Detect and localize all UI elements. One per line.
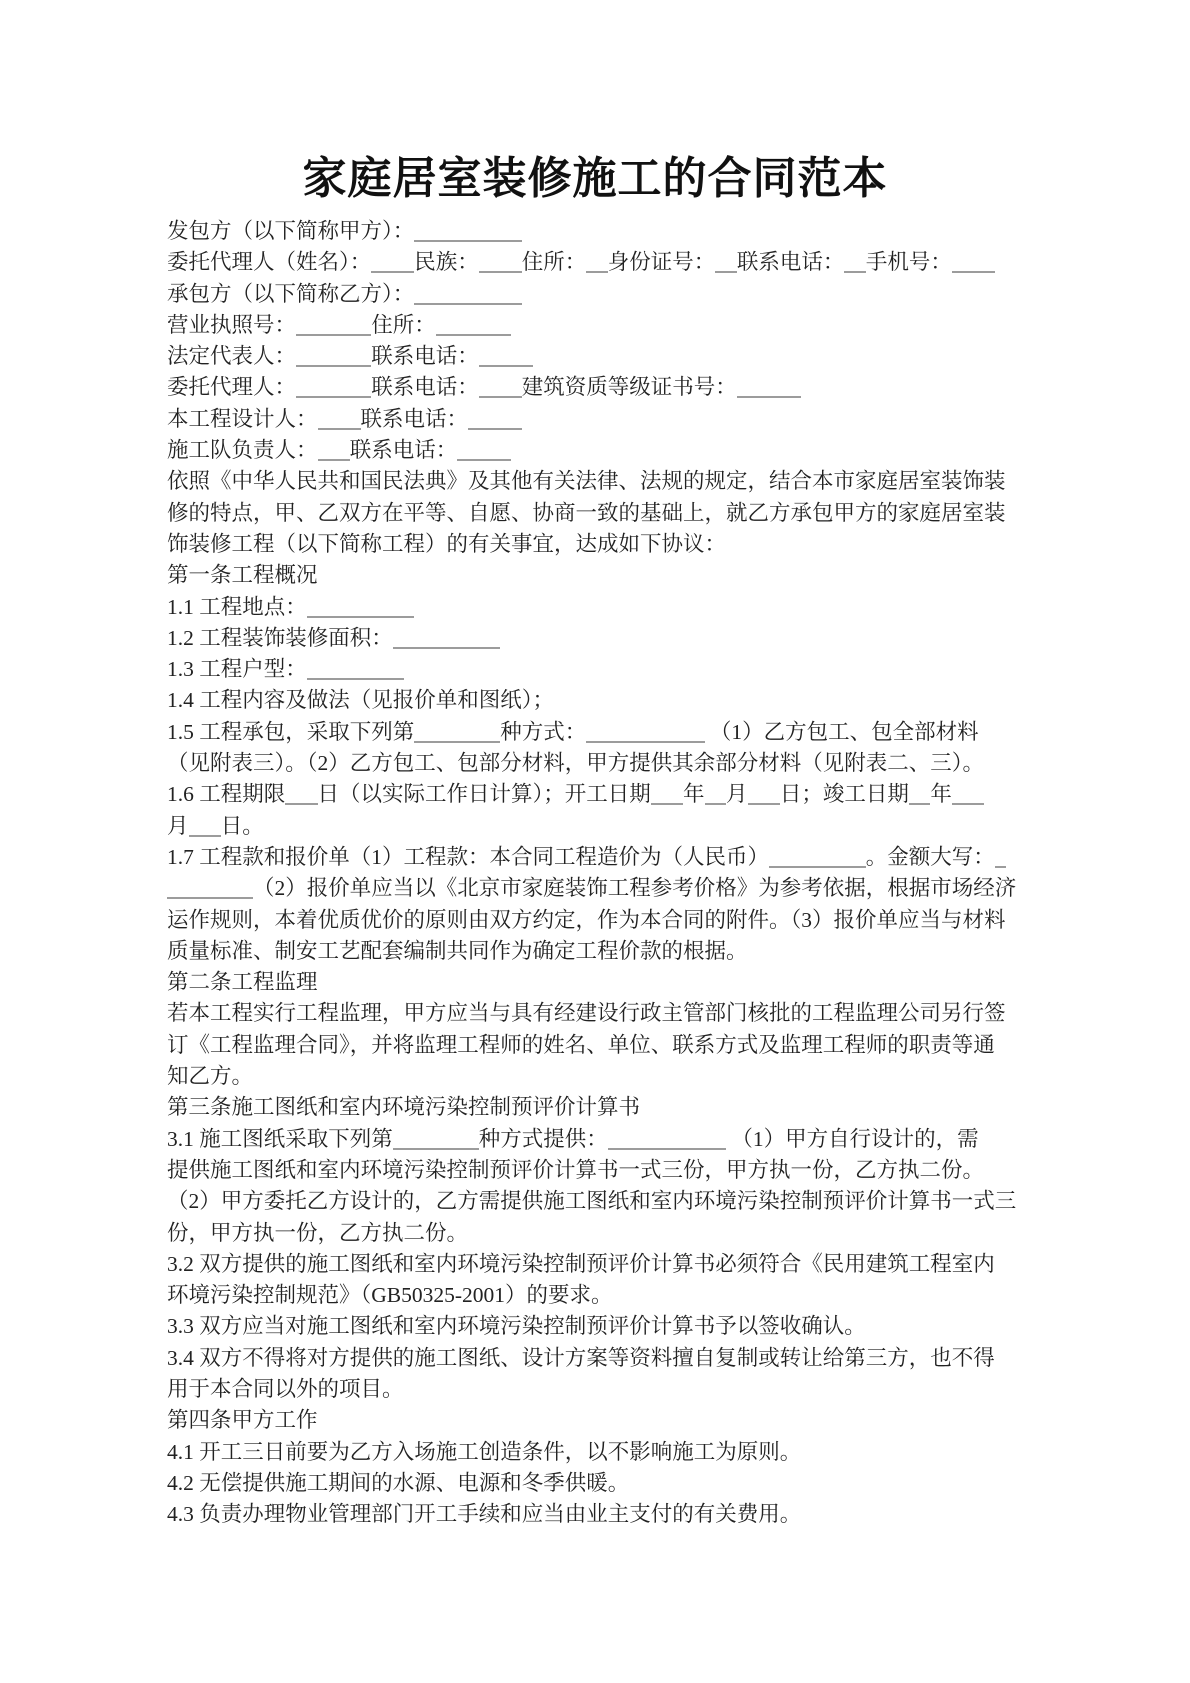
blank-field [737,384,802,398]
blank-field [651,791,683,805]
text-run: 1.5 工程承包，采取下列第 [167,720,414,744]
text-line: 3.4 双方不得将对方提供的施工图纸、设计方案等资料擅自复制或转让给第三方，也不… [167,1343,1043,1374]
text-run: 联系电话： [371,344,479,368]
blank-field [436,322,511,336]
text-run: 发包方（以下简称甲方）： [167,219,414,243]
blank-field [586,729,704,743]
text-line: 份，甲方执一份，乙方执二份。 [167,1218,1043,1249]
text-line: 知乙方。 [167,1061,1043,1092]
text-run: 日；竣工日期 [780,782,909,806]
text-run: 种方式提供： [479,1127,608,1151]
blank-field [296,322,371,336]
blank-field [909,791,931,805]
text-line: 提供施工图纸和室内环境污染控制预评价计算书一式三份，甲方执一份，乙方执二份。 [167,1155,1043,1186]
text-line: 订《工程监理合同》，并将监理工程师的姓名、单位、联系方式及监理工程师的职责等通 [167,1030,1043,1061]
text-run: 知乙方。 [167,1064,253,1088]
text-run: 用于本合同以外的项目。 [167,1377,404,1401]
text-line: 若本工程实行工程监理，甲方应当与具有经建设行政主管部门核批的工程监理公司另行签 [167,998,1043,1029]
text-run: 1.6 工程期限 [167,782,285,806]
text-run: 第三条施工图纸和室内环境污染控制预评价计算书 [167,1095,640,1119]
blank-field [393,1136,479,1150]
text-line: 1.6 工程期限日（以实际工作日计算）；开工日期年月日；竣工日期年 [167,779,1043,810]
text-line: 承包方（以下简称乙方）： [167,279,1043,310]
text-run: 1.2 工程装饰装修面积： [167,626,393,650]
blank-field [296,384,371,398]
text-line: 3.2 双方提供的施工图纸和室内环境污染控制预评价计算书必须符合《民用建筑工程室… [167,1249,1043,1280]
text-run: 4.2 无偿提供施工期间的水源、电源和冬季供暖。 [167,1471,629,1495]
text-run: （1）乙方包工、包全部材料 [705,720,979,744]
text-line: 发包方（以下简称甲方）： [167,216,1043,247]
text-line: 法定代表人：联系电话： [167,341,1043,372]
text-run: 修的特点，甲、乙双方在平等、自愿、协商一致的基础上，就乙方承包甲方的家庭居室装 [167,501,1006,525]
text-line: 1.2 工程装饰装修面积： [167,623,1043,654]
text-line: 运作规则，本着优质优价的原则由双方约定，作为本合同的附件。（3）报价单应当与材料 [167,905,1043,936]
text-run: 手机号： [866,250,952,274]
text-line: 月日。 [167,811,1043,842]
text-run: 联系电话： [737,250,845,274]
blank-field [468,416,522,430]
text-run: 第二条工程监理 [167,970,318,994]
text-line: 饰装修工程（以下简称工程）的有关事宜，达成如下协议： [167,529,1043,560]
blank-field [296,353,371,367]
blank-field [393,635,501,649]
text-run: 若本工程实行工程监理，甲方应当与具有经建设行政主管部门核批的工程监理公司另行签 [167,1001,1006,1025]
text-run: 日。 [221,814,264,838]
text-run: 年 [683,782,705,806]
blank-field [167,885,253,899]
contract-document-page: 家庭居室装修施工的合同范本 发包方（以下简称甲方）：委托代理人（姓名）：民族：住… [0,0,1190,1683]
text-line: 用于本合同以外的项目。 [167,1374,1043,1405]
text-line: 1.4 工程内容及做法（见报价单和图纸）； [167,685,1043,716]
text-run: 委托代理人： [167,375,296,399]
text-run: 营业执照号： [167,313,296,337]
text-run: 3.4 双方不得将对方提供的施工图纸、设计方案等资料擅自复制或转让给第三方，也不… [167,1346,995,1370]
text-run: 承包方（以下简称乙方）： [167,282,414,306]
blank-field [414,729,500,743]
text-run: 民族： [414,250,479,274]
text-line: 4.1 开工三日前要为乙方入场施工创造条件，以不影响施工为原则。 [167,1437,1043,1468]
blank-field [285,791,317,805]
blank-field [769,854,866,868]
blank-field [318,416,361,430]
text-run: 住所： [371,313,436,337]
text-run: 3.3 双方应当对施工图纸和室内环境污染控制预评价计算书予以签收确认。 [167,1314,866,1338]
text-line: 第三条施工图纸和室内环境污染控制预评价计算书 [167,1092,1043,1123]
text-line: 质量标准、制安工艺配套编制共同作为确定工程价款的根据。 [167,936,1043,967]
document-body: 发包方（以下简称甲方）：委托代理人（姓名）：民族：住所：身份证号：联系电话：手机… [167,216,1043,1530]
text-run: 份，甲方执一份，乙方执二份。 [167,1221,468,1245]
text-run: 1.3 工程户型： [167,657,307,681]
blank-field [457,447,511,461]
text-line: 营业执照号：住所： [167,310,1043,341]
text-run: 日（以实际工作日计算）；开工日期 [318,782,651,806]
document-title: 家庭居室装修施工的合同范本 [159,148,1031,210]
text-run: 依照《中华人民共和国民法典》及其他有关法律、法规的规定，结合本市家庭居室装饰装 [167,469,1006,493]
text-line: （见附表三）。（2）乙方包工、包部分材料，甲方提供其余部分材料（见附表二、三）。 [167,748,1043,779]
text-run: 联系电话： [371,375,479,399]
text-run: 订《工程监理合同》，并将监理工程师的姓名、单位、联系方式及监理工程师的职责等通 [167,1033,995,1057]
text-run: 委托代理人（姓名）： [167,250,371,274]
blank-field [952,259,995,273]
text-line: 依照《中华人民共和国民法典》及其他有关法律、法规的规定，结合本市家庭居室装饰装 [167,466,1043,497]
text-run: 月 [726,782,748,806]
text-run: 提供施工图纸和室内环境污染控制预评价计算书一式三份，甲方执一份，乙方执二份。 [167,1158,984,1182]
blank-field [608,1136,726,1150]
blank-field [586,259,608,273]
blank-field [952,791,984,805]
text-run: 本工程设计人： [167,407,318,431]
text-line: 委托代理人（姓名）：民族：住所：身份证号：联系电话：手机号： [167,247,1043,278]
text-run: 。金额大写： [866,845,995,869]
text-run: 联系电话： [361,407,469,431]
text-run: 种方式： [500,720,586,744]
text-run: （2）甲方委托乙方设计的，乙方需提供施工图纸和室内环境污染控制预评价计算书一式三 [167,1189,1016,1213]
blank-field [748,791,780,805]
text-run: 1.7 工程款和报价单（1）工程款：本合同工程造价为（人民币） [167,845,769,869]
blank-field [318,447,350,461]
text-run: 3.2 双方提供的施工图纸和室内环境污染控制预评价计算书必须符合《民用建筑工程室… [167,1252,995,1276]
text-line: 3.3 双方应当对施工图纸和室内环境污染控制预评价计算书予以签收确认。 [167,1311,1043,1342]
blank-field [414,228,522,242]
text-run: （1）甲方自行设计的，需 [726,1127,979,1151]
text-run: 联系电话： [350,438,458,462]
blank-field [189,823,221,837]
text-run: 4.1 开工三日前要为乙方入场施工创造条件，以不影响施工为原则。 [167,1440,801,1464]
blank-field [414,291,522,305]
text-line: 4.2 无偿提供施工期间的水源、电源和冬季供暖。 [167,1468,1043,1499]
blank-field [705,791,727,805]
text-run: 月 [167,814,189,838]
text-run: 环境污染控制规范》（GB50325-2001）的要求。 [167,1283,613,1307]
blank-field [307,666,404,680]
text-run: 建筑资质等级证书号： [522,375,737,399]
text-run: 饰装修工程（以下简称工程）的有关事宜，达成如下协议： [167,532,726,556]
blank-field [715,259,737,273]
text-line: 修的特点，甲、乙双方在平等、自愿、协商一致的基础上，就乙方承包甲方的家庭居室装 [167,498,1043,529]
text-line: 第二条工程监理 [167,967,1043,998]
text-run: （2）报价单应当以《北京市家庭装饰工程参考价格》为参考依据，根据市场经济 [253,876,1016,900]
text-run: 质量标准、制安工艺配套编制共同作为确定工程价款的根据。 [167,939,748,963]
text-line: 4.3 负责办理物业管理部门开工手续和应当由业主支付的有关费用。 [167,1499,1043,1530]
text-line: （2）甲方委托乙方设计的，乙方需提供施工图纸和室内环境污染控制预评价计算书一式三 [167,1186,1043,1217]
text-run: 3.1 施工图纸采取下列第 [167,1127,393,1151]
text-line: 施工队负责人：联系电话： [167,435,1043,466]
text-line: 1.5 工程承包，采取下列第种方式： （1）乙方包工、包全部材料 [167,717,1043,748]
text-run: （见附表三）。（2）乙方包工、包部分材料，甲方提供其余部分材料（见附表二、三）。 [167,751,984,775]
text-line: 1.3 工程户型： [167,654,1043,685]
text-run: 4.3 负责办理物业管理部门开工手续和应当由业主支付的有关费用。 [167,1502,801,1526]
blank-field [995,854,1006,868]
text-line: 3.1 施工图纸采取下列第种方式提供： （1）甲方自行设计的，需 [167,1124,1043,1155]
text-line: 第四条甲方工作 [167,1405,1043,1436]
text-line: 委托代理人：联系电话：建筑资质等级证书号： [167,372,1043,403]
blank-field [479,384,522,398]
text-line: 环境污染控制规范》（GB50325-2001）的要求。 [167,1280,1043,1311]
blank-field [307,604,415,618]
text-run: 1.4 工程内容及做法（见报价单和图纸）； [167,688,554,712]
text-line: 第一条工程概况 [167,560,1043,591]
text-line: 1.7 工程款和报价单（1）工程款：本合同工程造价为（人民币）。金额大写： [167,842,1043,873]
text-run: 住所： [522,250,587,274]
text-line: 本工程设计人：联系电话： [167,404,1043,435]
blank-field [844,259,866,273]
text-run: 身份证号： [608,250,716,274]
text-run: 施工队负责人： [167,438,318,462]
text-run: 第一条工程概况 [167,563,318,587]
blank-field [479,259,522,273]
text-run: 第四条甲方工作 [167,1408,318,1432]
text-run: 1.1 工程地点： [167,595,307,619]
blank-field [371,259,414,273]
text-line: （2）报价单应当以《北京市家庭装饰工程参考价格》为参考依据，根据市场经济 [167,873,1043,904]
text-run: 年 [930,782,952,806]
text-run: 运作规则，本着优质优价的原则由双方约定，作为本合同的附件。（3）报价单应当与材料 [167,908,1006,932]
text-line: 1.1 工程地点： [167,592,1043,623]
text-run: 法定代表人： [167,344,296,368]
blank-field [479,353,533,367]
